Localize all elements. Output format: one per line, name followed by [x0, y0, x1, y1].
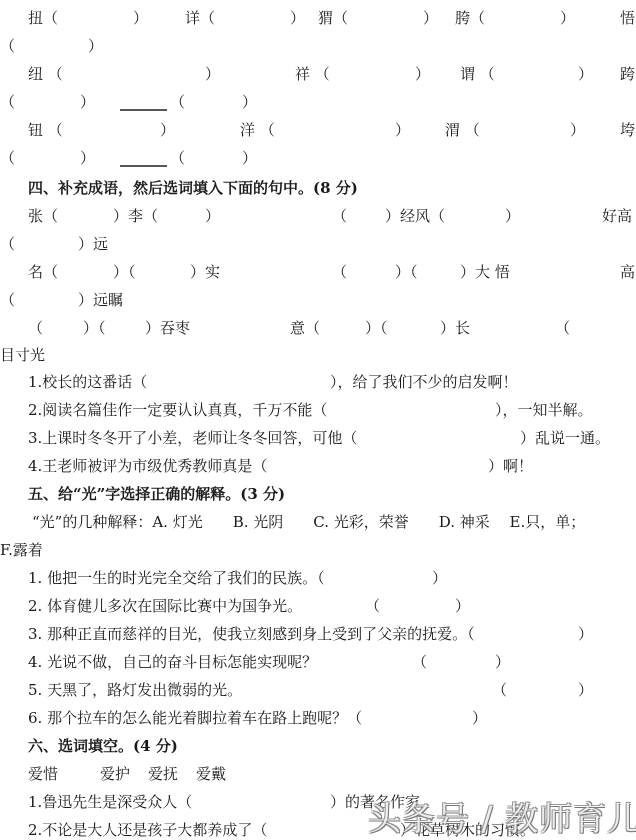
- idiom-item: （: [0, 234, 15, 254]
- char-item: 祥 （: [295, 64, 330, 84]
- answer-blank[interactable]: [327, 400, 495, 420]
- idiom-item: ）吞枣: [145, 318, 190, 338]
- char-item: ）: [560, 8, 575, 28]
- char-item: ）: [205, 64, 220, 84]
- idiom-item: ）（: [83, 318, 106, 338]
- idiom-item: ）远瞩: [78, 290, 123, 310]
- fill-sentence-end: ）啊！: [488, 456, 533, 476]
- underline-blank[interactable]: [120, 165, 167, 167]
- options-line: F.露着: [0, 540, 43, 560]
- answer-blank[interactable]: [147, 372, 330, 392]
- char-item: ）: [88, 36, 103, 56]
- underline-blank[interactable]: [120, 109, 167, 111]
- char-item: 渭 （: [445, 120, 480, 140]
- word-choice: 爱抚: [148, 764, 178, 784]
- char-item: 猬（: [318, 8, 348, 28]
- char-item: （: [0, 36, 15, 56]
- paren-close: ）: [578, 624, 593, 644]
- question-item: 2. 体育健儿多次在国际比赛中为国争光。: [28, 596, 302, 616]
- char-item: 扭（: [28, 8, 58, 28]
- idiom-item: ）: [205, 206, 220, 226]
- section-heading: 五、给“光”字选择正确的解释。(3 分): [28, 484, 285, 504]
- fill-sentence-end: ），一知半解。: [495, 400, 593, 420]
- idiom-item: ）: [505, 206, 520, 226]
- char-item: 详（: [185, 8, 215, 28]
- idiom-item: 张（: [28, 206, 58, 226]
- idiom-item: ）（: [113, 262, 136, 282]
- char-item: （: [0, 92, 15, 112]
- paren-close: ）: [578, 680, 593, 700]
- idiom-item: 好高: [602, 206, 632, 226]
- fill-sentence-end: ）乱说一通。: [520, 428, 610, 448]
- fill-sentence: 4.王老师被评为市级优秀教师真是（: [28, 456, 267, 476]
- paren-close: ）: [472, 708, 487, 728]
- answer-blank[interactable]: [362, 708, 472, 728]
- fill-sentence: 2.不论是大人还是孩子大都养成了（: [28, 820, 267, 840]
- word-choice: 爱护: [100, 764, 130, 784]
- idiom-item: （: [332, 262, 347, 282]
- char-item: 洋 （: [240, 120, 275, 140]
- answer-blank[interactable]: [380, 596, 455, 616]
- idiom-item: ）实: [190, 262, 220, 282]
- section-heading: 四、补充成语，然后选词填入下面的句中。(8 分): [28, 178, 358, 198]
- char-item: 纽 （: [28, 64, 63, 84]
- char-item: （: [170, 92, 185, 112]
- idiom-item: ）（: [395, 262, 418, 282]
- char-item: 胯（: [455, 8, 485, 28]
- char-item: ）: [242, 92, 257, 112]
- question-item: 1. 他把一生的时光完全交给了我们的民族。（: [28, 568, 325, 588]
- char-item: ）: [570, 120, 585, 140]
- fill-sentence-end: ），给了我们不少的启发啊！: [330, 372, 518, 392]
- char-item: ）: [80, 148, 95, 168]
- section-heading: 六、选词填空。(4 分): [28, 736, 178, 756]
- paren-close: ）: [432, 568, 447, 588]
- char-item: 谓 （: [460, 64, 495, 84]
- answer-blank[interactable]: [427, 652, 495, 672]
- idiom-item: 高: [620, 262, 635, 282]
- idiom-item: ）大 悟: [460, 262, 510, 282]
- paren-open: （: [412, 652, 427, 672]
- answer-blank[interactable]: [267, 456, 488, 476]
- answer-blank[interactable]: [475, 624, 578, 644]
- char-item: 钮 （: [28, 120, 63, 140]
- char-item: ）: [423, 8, 438, 28]
- char-item: ）: [290, 8, 305, 28]
- fill-sentence: 1.校长的这番话（: [28, 372, 147, 392]
- idiom-item: （: [555, 318, 570, 338]
- idiom-item: ）长: [440, 318, 470, 338]
- char-item: ）: [80, 92, 95, 112]
- idiom-item: 意（: [290, 318, 320, 338]
- answer-blank[interactable]: [192, 792, 330, 812]
- char-item: ）: [242, 148, 257, 168]
- char-item: 跨: [620, 64, 635, 84]
- idiom-item: ）（: [365, 318, 388, 338]
- paren-close: ）: [455, 596, 470, 616]
- paren-open: （: [365, 596, 380, 616]
- idiom-item: （: [0, 290, 15, 310]
- idiom-item: （: [332, 206, 347, 226]
- fill-sentence: 2.阅读名篇佳作一定要认认真真，千万不能（: [28, 400, 327, 420]
- word-choice: 爱戴: [196, 764, 226, 784]
- char-item: ）: [133, 8, 148, 28]
- question-item: 3. 那种正直而慈祥的目光，使我立刻感到身上受到了父亲的抚爱。（: [28, 624, 475, 644]
- options-line: “光”的几种解释：A. 灯光 B. 光阴 C. 光彩，荣誉 D. 神采 E.只，…: [32, 512, 585, 532]
- fill-sentence: 1.鲁迅先生是深受众人（: [28, 792, 192, 812]
- char-item: ）: [578, 64, 593, 84]
- char-item: （: [0, 148, 15, 168]
- char-item: （: [170, 148, 185, 168]
- idiom-item: ）经风（: [385, 206, 445, 226]
- idiom-item: （: [28, 318, 43, 338]
- char-item: ）: [395, 120, 410, 140]
- fill-sentence: 3.上课时冬冬开了小差，老师让冬冬回答，可他（: [28, 428, 357, 448]
- char-item: 垮: [620, 120, 635, 140]
- question-item: 4. 光说不做，自己的奋斗目标怎能实现呢？: [28, 652, 317, 672]
- char-item: ）: [160, 120, 175, 140]
- answer-blank[interactable]: [325, 568, 432, 588]
- watermark: 头条号 / 教师育儿: [368, 793, 636, 840]
- answer-blank[interactable]: [357, 428, 520, 448]
- answer-blank[interactable]: [507, 680, 578, 700]
- char-item: 悟: [620, 8, 635, 28]
- idiom-item: ）远: [78, 234, 108, 254]
- question-item: 6. 那个拉车的怎么能光着脚拉着车在路上跑呢？（: [28, 708, 362, 728]
- idiom-item: 目寸光: [0, 345, 45, 365]
- char-item: ）: [415, 64, 430, 84]
- question-item: 5. 天黑了，路灯发出微弱的光。: [28, 680, 242, 700]
- paren-open: （: [492, 680, 507, 700]
- idiom-item: ）李（: [113, 206, 158, 226]
- word-choice: 爱惜: [28, 764, 58, 784]
- idiom-item: 名（: [28, 262, 58, 282]
- paren-close: ）: [495, 652, 510, 672]
